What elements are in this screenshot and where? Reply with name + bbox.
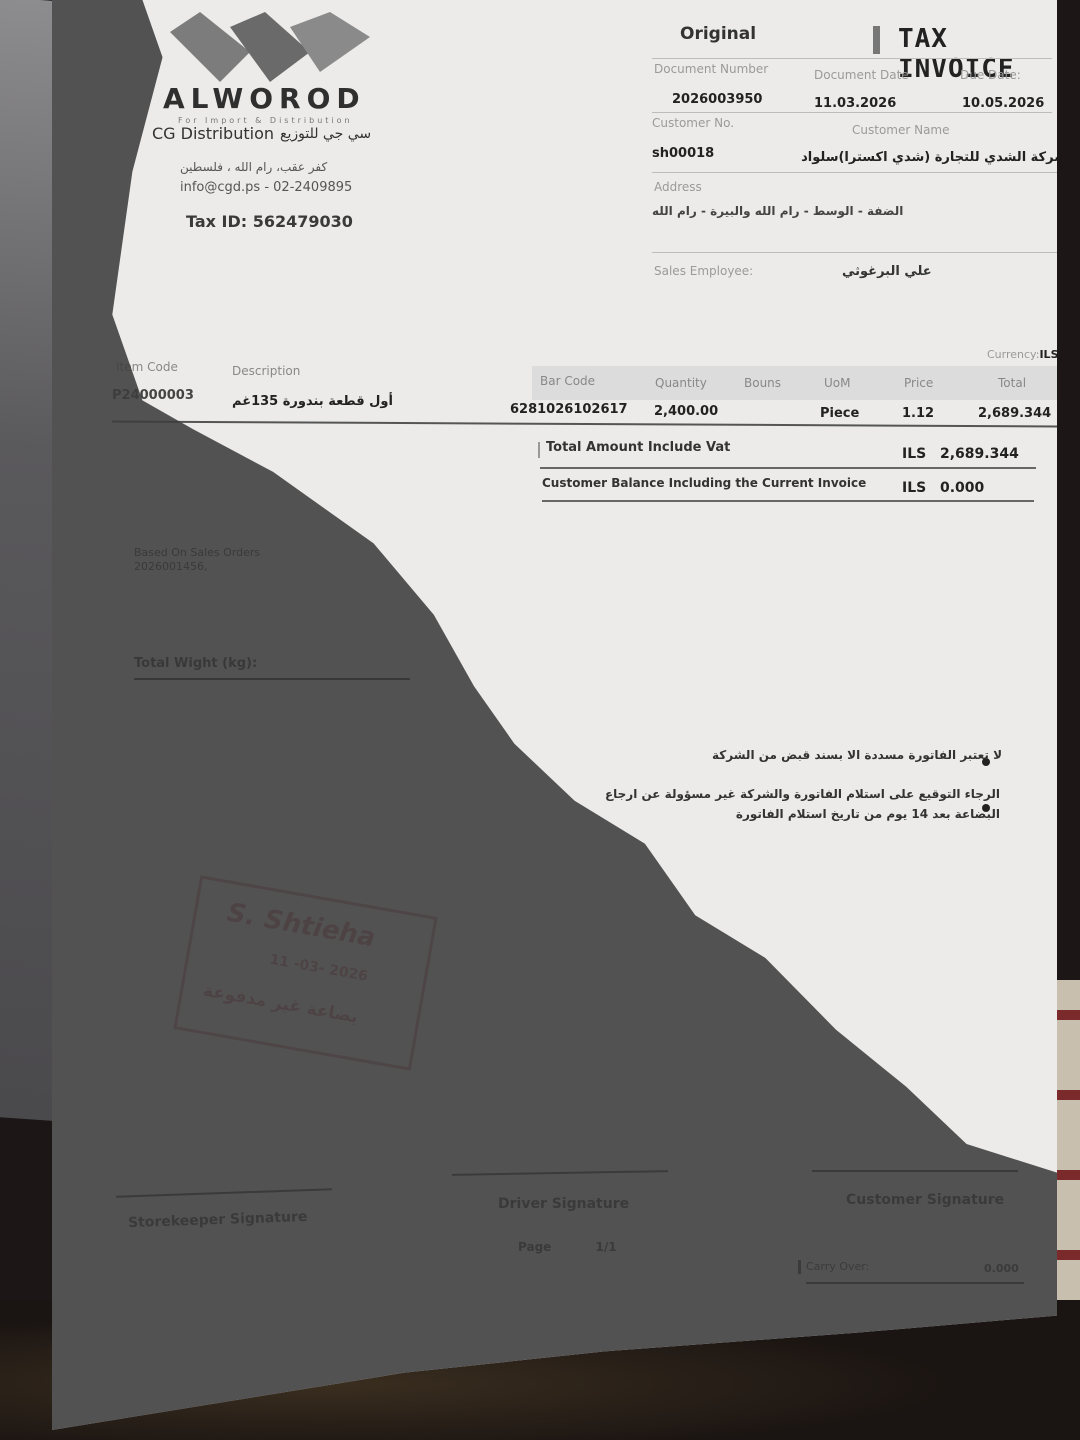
table-row: P24000003 أول قطعة بندورة 135غم 62810261…: [112, 388, 1067, 418]
company-division: CG Distribution: [152, 124, 274, 143]
customer-balance-value: 0.000: [940, 480, 984, 496]
customer-balance-label: Customer Balance Including the Current I…: [542, 476, 866, 490]
table-bottom-rule: [112, 420, 1067, 427]
total-amount-label: Total Amount Include Vat: [546, 440, 730, 455]
copy-label: Original: [680, 24, 756, 44]
total-underline: [540, 467, 1036, 469]
total-weight-label: Total Wight (kg):: [134, 656, 257, 671]
company-contact: info@cgd.ps - 02-2409895: [180, 180, 352, 195]
customer-balance-currency: ILS: [902, 480, 926, 496]
cell-uom: Piece: [820, 406, 859, 421]
page-indicator: Page 1/1: [518, 1240, 617, 1254]
total-amount-currency: ILS: [902, 446, 926, 462]
sales-employee-label: Sales Employee:: [654, 264, 753, 278]
customer-signature-label: Customer Signature: [846, 1192, 1004, 1208]
carry-over-row: Carry Over: 0.000: [798, 1260, 1028, 1282]
carry-over-value: 0.000: [984, 1262, 1019, 1275]
due-date: 10.05.2026: [962, 96, 1044, 111]
alworod-logo-icon: [170, 12, 370, 92]
term-item: لا تعتبر الفاتورة مسددة الا بسند قبض من …: [672, 748, 1002, 762]
document-number: 2026003950: [672, 92, 762, 107]
storekeeper-signature-label: Storekeeper Signature: [128, 1209, 308, 1231]
driver-signature-label: Driver Signature: [498, 1196, 629, 1212]
term-item: الرجاء التوقيع على استلام الفاتورة والشر…: [580, 784, 1000, 824]
stamp-name: S. Shtieha: [225, 898, 378, 954]
carry-over-accent-bar: [798, 1260, 801, 1274]
due-date-label: Due Date:: [960, 68, 1021, 82]
column-header-description: Description: [232, 364, 300, 378]
page-value: 1/1: [596, 1240, 617, 1254]
stamp-text: بضاعة غير مدفوعة: [202, 981, 360, 1028]
customer-name: شركة الشدي للتجارة (شدي اكسترا)سلواد: [787, 150, 1067, 165]
total-amount-row: Total Amount Include Vat ILS 2,689.344: [538, 440, 1038, 468]
total-amount-value: 2,689.344: [940, 446, 1019, 462]
company-tax-id: Tax ID: 562479030: [186, 212, 353, 231]
based-on-label: Based On Sales Orders: [134, 546, 260, 560]
cell-description: أول قطعة بندورة 135غم: [232, 394, 393, 409]
page-label: Page: [518, 1240, 551, 1254]
customer-no: sh00018: [652, 146, 714, 161]
cell-price: 1.12: [902, 406, 934, 421]
based-on-value: 2026001456,: [134, 560, 260, 574]
document-date: 11.03.2026: [814, 96, 896, 111]
total-accent-bar: [538, 442, 540, 458]
customer-signature-line: [812, 1170, 1018, 1172]
sales-employee: علي البرغوثي: [842, 264, 932, 279]
customer-balance-row: Customer Balance Including the Current I…: [542, 476, 1042, 502]
company-address: كفر عقب، رام الله ، فلسطين: [180, 160, 327, 174]
cell-bar-code: 6281026102617: [510, 402, 628, 417]
company-division-ar: سي جي للتوزيع: [280, 126, 371, 142]
document-date-label: Document Date: [814, 68, 909, 82]
divider: [652, 112, 1052, 113]
balance-underline: [542, 500, 1034, 502]
divider: [652, 172, 1072, 173]
column-header-item-code: Item Code: [116, 360, 178, 374]
document-number-label: Document Number: [654, 62, 768, 76]
divider: [652, 58, 1052, 59]
company-stamp: S. Shtieha 11 -03- 2026 بضاعة غير مدفوعة: [173, 875, 437, 1070]
cell-total: 2,689.344: [978, 406, 1051, 421]
column-header-bar-code: Bar Code: [540, 374, 595, 388]
storekeeper-signature-line: [116, 1188, 332, 1198]
total-weight-underline: [134, 678, 410, 680]
invoice-paper: ALWOROD For Import & Distribution CG Dis…: [52, 0, 1057, 1430]
title-accent-bar: [873, 26, 880, 54]
based-on-sales-orders: Based On Sales Orders 2026001456,: [134, 546, 260, 574]
cell-item-code: P24000003: [112, 388, 194, 403]
carry-over-underline: [806, 1282, 1024, 1284]
cell-quantity: 2,400.00: [654, 404, 718, 419]
stamp-date: 11 -03- 2026: [268, 952, 369, 985]
customer-address: الضفة - الوسط - رام الله والبيرة - رام ا…: [652, 204, 903, 218]
driver-signature-line: [452, 1170, 668, 1176]
carry-over-label: Carry Over:: [806, 1260, 869, 1273]
divider: [652, 252, 1072, 253]
customer-name-label: Customer Name: [852, 123, 950, 137]
customer-no-label: Customer No.: [652, 116, 734, 130]
address-label: Address: [654, 180, 702, 194]
company-brand: ALWOROD: [163, 82, 366, 115]
